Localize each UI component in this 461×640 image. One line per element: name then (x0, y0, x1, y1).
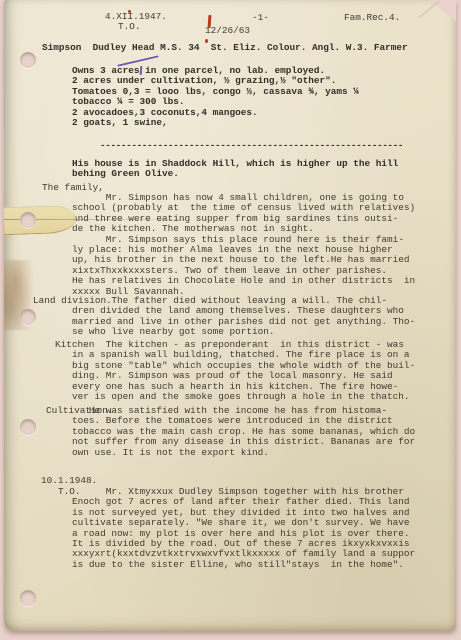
entry-initials: T.O. (118, 22, 141, 32)
punch-hole (20, 309, 36, 325)
red-ink-dot (205, 39, 208, 43)
holdings-block: Owns 3 acres in one parcel, no lab. empl… (72, 66, 359, 128)
section-body-cultivation: He was satisfied with the income he has … (72, 406, 415, 458)
stamp-date: 12/26/63 (205, 26, 250, 36)
document-page: 4.XII.1947. T.O. 12/26/63 -1- Fam.Rec.4.… (4, 0, 456, 631)
record-line: Simpson Dudley Head M.S. 34 St. Eliz. Co… (42, 43, 408, 53)
red-ink-speck (128, 10, 131, 13)
section-body-family: Mr. Simpson has now 4 small children, on… (72, 193, 415, 297)
section-body-land-division: The father died without leaving a will. … (72, 296, 415, 338)
binder-thread-line (4, 219, 219, 220)
punch-hole (20, 590, 36, 606)
punch-hole (20, 419, 36, 435)
punch-hole (20, 212, 36, 228)
scanned-typewritten-record: { "colors":{ "background":"#e9d2cb", "pa… (0, 0, 461, 640)
section-body-kitchen: The kitchen - as preponderant in this di… (72, 340, 415, 402)
punch-hole (20, 52, 36, 68)
file-reference: Fam.Rec.4. (344, 13, 400, 23)
entry2-date: 10.1.1948. (41, 476, 97, 486)
house-note: His house is in Shaddock Hill, which is … (72, 159, 398, 180)
entry2-body: Mr. Xtmyxxux Dudley Simpson together wit… (72, 487, 415, 570)
tape-fragment (4, 205, 77, 235)
page-number: -1- (252, 13, 269, 23)
typed-separator-line: ----------------------------------------… (100, 141, 403, 151)
